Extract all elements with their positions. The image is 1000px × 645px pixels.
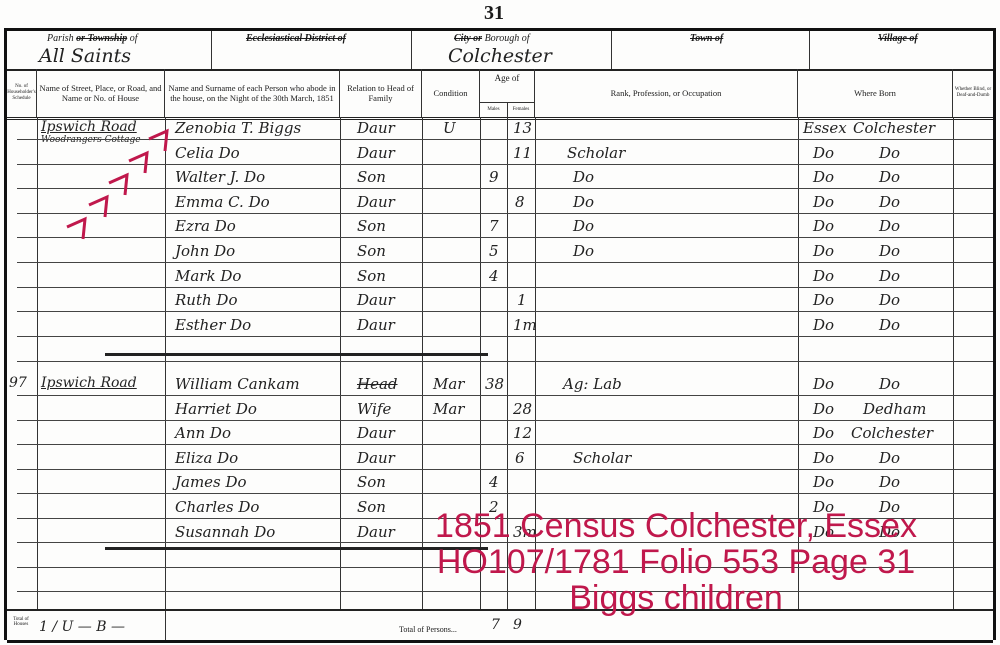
header-occupation: Rank, Profession, or Occupation [535,69,798,117]
page-number: 31 [484,2,504,25]
caption-line-2: HO107/1781 Folio 553 Page 31 [376,544,976,580]
person-row: John Do Son 5 Do Do Do [7,240,993,265]
person-row: Emma C. Do Daur 8 Do Do Do [7,191,993,216]
person-row: William Cankam Head Mar 38 Ag: Lab Do Do [7,373,993,398]
village-cell: Village of [810,31,993,69]
person-row: Eliza Do Daur 6 Scholar Do Do [7,447,993,472]
ecclesiastical-cell: Ecclesiastical District of [212,31,412,69]
borough-label: City or Borough of [454,33,529,44]
person-row: Harriet Do Wife Mar 28 Do Dedham [7,398,993,423]
header-blind: Whether Blind, or Deaf-and-Dumb [953,69,993,117]
females-total: 9 [513,617,522,633]
header-schedule: No. of Householder's Schedule [7,69,37,117]
caption-line-3: Biggs children [376,580,976,616]
borough-cell: City or Borough of Colchester [412,31,612,69]
annotation-caption: 1851 Census Colchester, Essex HO107/1781… [376,508,976,616]
header-street: Name of Street, Place, or Road, and Name… [37,69,165,117]
person-row: Esther Do Daur 1m Do Do [7,314,993,339]
annotation-arrow-icon [65,215,89,241]
males-total: 7 [491,617,500,633]
parish-cell: Parish or Township of All Saints [7,31,212,69]
ecclesiastical-label: Ecclesiastical District of [246,33,346,44]
district-header: Parish or Township of All Saints Ecclesi… [7,31,993,71]
town-label: Town of [690,33,723,44]
houses-values: 1 / U — B — [39,619,125,635]
header-relation: Relation to Head of Family [340,69,422,117]
annotation-arrow-icon [87,193,111,219]
total-houses-label: Total of Houses [9,617,33,627]
header-age-of: Age of [480,73,534,83]
header-males: Males [480,103,508,117]
header-condition: Condition [422,69,480,117]
borough-value: Colchester [448,45,552,67]
header-age: Age of Males Females [480,69,535,117]
town-cell: Town of [612,31,810,69]
household-divider [105,353,488,356]
header-females: Females [507,103,535,117]
header-where-born: Where Born [798,69,953,117]
header-name: Name and Surname of each Person who abod… [165,69,340,117]
village-label: Village of [878,33,918,44]
person-row: Mark Do Son 4 Do Do [7,265,993,290]
parish-label: Parish or Township of [47,33,138,44]
total-persons-label: Total of Persons... [399,625,457,634]
parish-value: All Saints [39,45,131,67]
column-headers: No. of Householder's Schedule Name of St… [7,69,993,120]
caption-line-1: 1851 Census Colchester, Essex [376,508,976,544]
